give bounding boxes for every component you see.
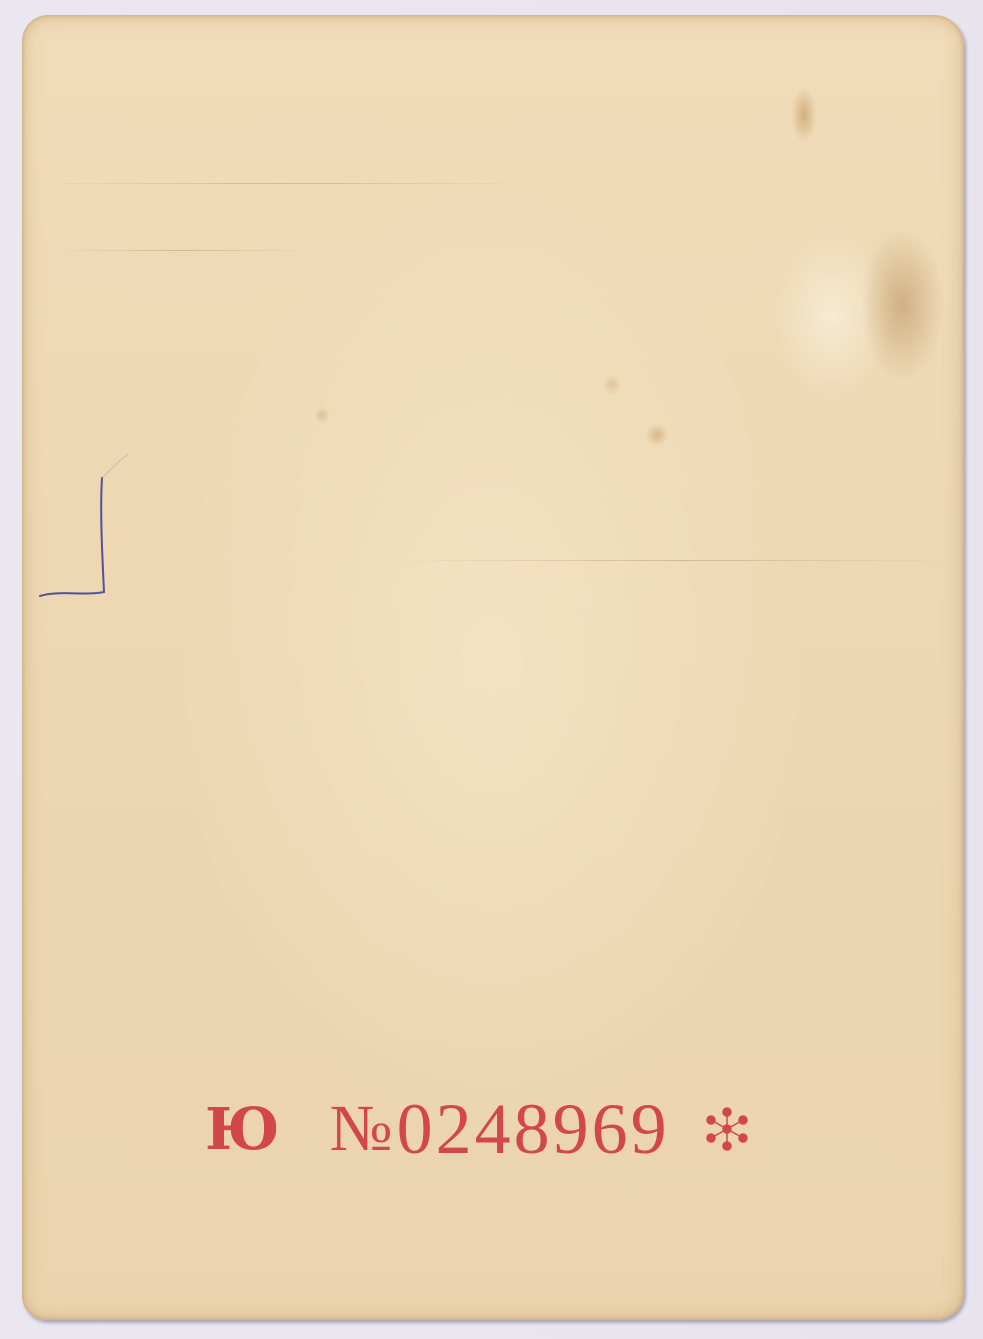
paper-crease [402, 560, 962, 561]
serial-number: Ю № 0248969 [205, 1093, 750, 1165]
six-dot-rosette-icon [704, 1106, 750, 1152]
paper-crease [32, 183, 532, 184]
pen-mark-icon [36, 450, 136, 610]
serial-digits: 0248969 [397, 1093, 670, 1165]
serial-series: Ю [205, 1100, 280, 1158]
paper-crease [52, 250, 312, 251]
numero-sign: № [330, 1096, 393, 1162]
